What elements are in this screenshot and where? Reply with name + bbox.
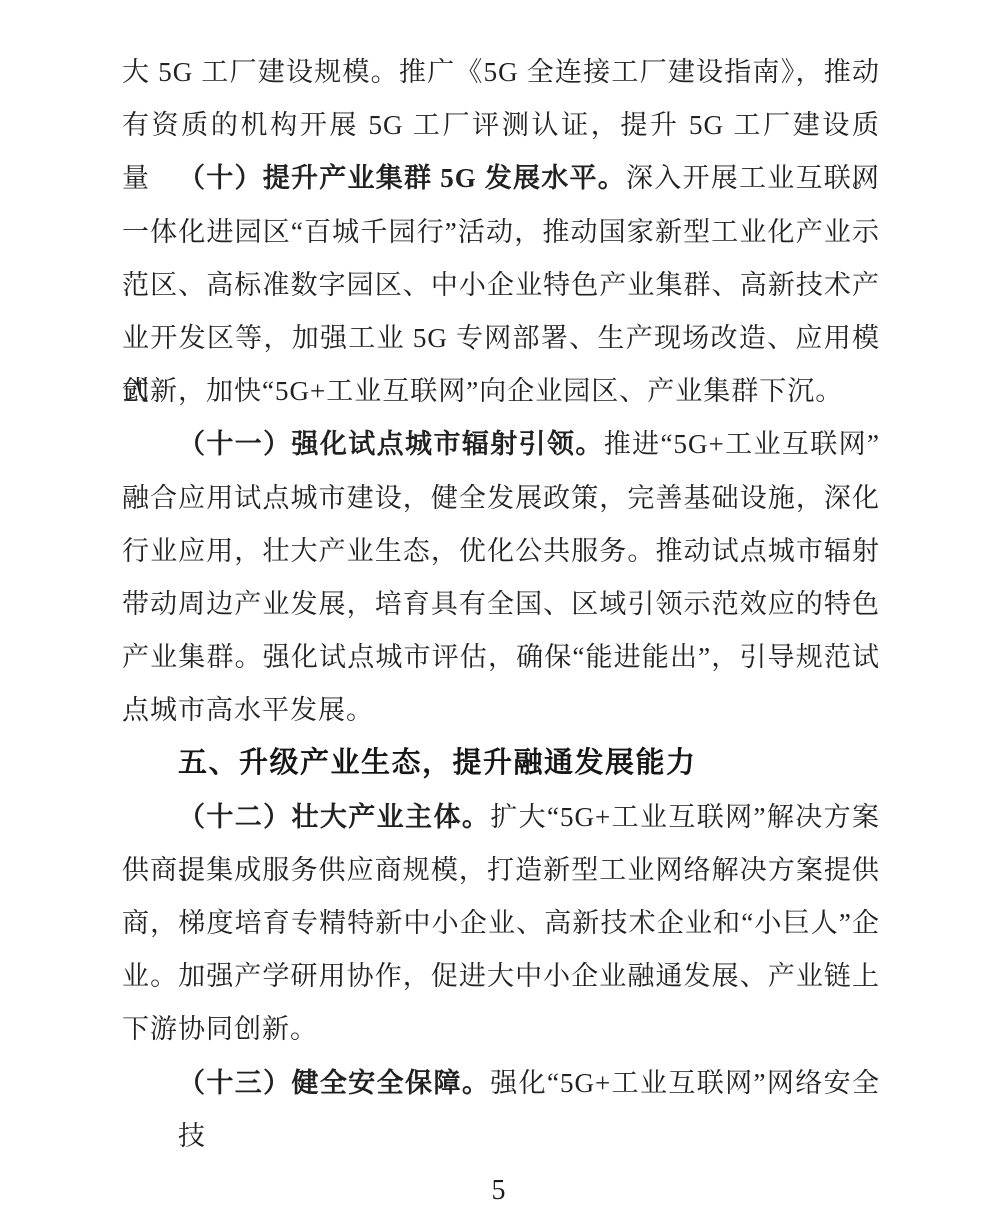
bold-lead-text: （十一）强化试点城市辐射引领。 xyxy=(178,429,604,459)
text-line: 下游协同创新。 xyxy=(122,1003,880,1056)
text-line: （十二）壮大产业主体。扩大“5G+工业互联网”解决方案提 xyxy=(122,791,880,844)
text-line: 创新，加快“5G+工业互联网”向企业园区、产业集群下沉。 xyxy=(122,365,880,418)
text-line: 带动周边产业发展，培育具有全国、区域引领示范效应的特色 xyxy=(122,578,880,631)
body-text: 下游协同创新。 xyxy=(122,1014,318,1044)
bold-lead-text: （十二）壮大产业主体。 xyxy=(178,802,490,832)
bold-lead-text: 五、升级产业生态，提升融通发展能力 xyxy=(178,747,697,779)
page-number: 5 xyxy=(0,1172,997,1210)
text-line: 一体化进园区“百城千园行”活动，推动国家新型工业化产业示 xyxy=(122,206,880,259)
body-text: 融合应用试点城市建设，健全发展政策，完善基础设施，深化 xyxy=(122,483,880,513)
body-text: 创新，加快“5G+工业互联网”向企业园区、产业集群下沉。 xyxy=(122,376,843,406)
text-line: 行业应用，壮大产业生态，优化公共服务。推动试点城市辐射 xyxy=(122,525,880,578)
text-line: 供商、集成服务供应商规模，打造新型工业网络解决方案提供 xyxy=(122,844,880,897)
text-line: 业。加强产学研用协作，促进大中小企业融通发展、产业链上 xyxy=(122,950,880,1003)
text-line: 有资质的机构开展 5G 工厂评测认证，提升 5G 工厂建设质量。 xyxy=(122,99,880,152)
body-text: 商，梯度培育专精特新中小企业、高新技术企业和“小巨人”企 xyxy=(122,908,880,938)
text-line: 产业集群。强化试点城市评估，确保“能进能出”，引导规范试 xyxy=(122,631,880,684)
text-line: 大 5G 工厂建设规模。推广《5G 全连接工厂建设指南》，推动 xyxy=(122,46,880,99)
body-text: 推进“5G+工业互联网” xyxy=(604,429,880,459)
text-line: 业开发区等，加强工业 5G 专网部署、生产现场改造、应用模式 xyxy=(122,312,880,365)
body-text: 深入开展工业互联网 xyxy=(626,163,880,193)
body-text: 行业应用，壮大产业生态，优化公共服务。推动试点城市辐射 xyxy=(122,536,880,566)
text-line: 点城市高水平发展。 xyxy=(122,684,880,737)
body-text: 范区、高标准数字园区、中小企业特色产业集群、高新技术产 xyxy=(122,270,880,300)
body-text: 业。加强产学研用协作，促进大中小企业融通发展、产业链上 xyxy=(122,961,880,991)
body-text: 供商、集成服务供应商规模，打造新型工业网络解决方案提供 xyxy=(122,855,880,885)
bold-lead-text: （十三）健全安全保障。 xyxy=(178,1068,490,1098)
body-text: 产业集群。强化试点城市评估，确保“能进能出”，引导规范试 xyxy=(122,642,880,672)
body-text: 一体化进园区“百城千园行”活动，推动国家新型工业化产业示 xyxy=(122,217,880,247)
body-text: 带动周边产业发展，培育具有全国、区域引领示范效应的特色 xyxy=(122,589,880,619)
text-body: 大 5G 工厂建设规模。推广《5G 全连接工厂建设指南》，推动有资质的机构开展 … xyxy=(122,46,880,1110)
section-heading: 五、升级产业生态，提升融通发展能力 xyxy=(122,737,880,790)
text-line: 范区、高标准数字园区、中小企业特色产业集群、高新技术产 xyxy=(122,259,880,312)
body-text: 大 5G 工厂建设规模。推广《5G 全连接工厂建设指南》，推动 xyxy=(122,57,880,87)
body-text: 点城市高水平发展。 xyxy=(122,695,374,725)
text-line: 商，梯度培育专精特新中小企业、高新技术企业和“小巨人”企 xyxy=(122,897,880,950)
text-line: 融合应用试点城市建设，健全发展政策，完善基础设施，深化 xyxy=(122,472,880,525)
document-page: 大 5G 工厂建设规模。推广《5G 全连接工厂建设指南》，推动有资质的机构开展 … xyxy=(0,0,997,1229)
bold-lead-text: （十）提升产业集群 5G 发展水平。 xyxy=(178,163,626,193)
text-line: （十一）强化试点城市辐射引领。推进“5G+工业互联网” xyxy=(122,418,880,471)
text-line: （十）提升产业集群 5G 发展水平。深入开展工业互联网 xyxy=(122,152,880,205)
text-line: （十三）健全安全保障。强化“5G+工业互联网”网络安全技 xyxy=(122,1057,880,1110)
